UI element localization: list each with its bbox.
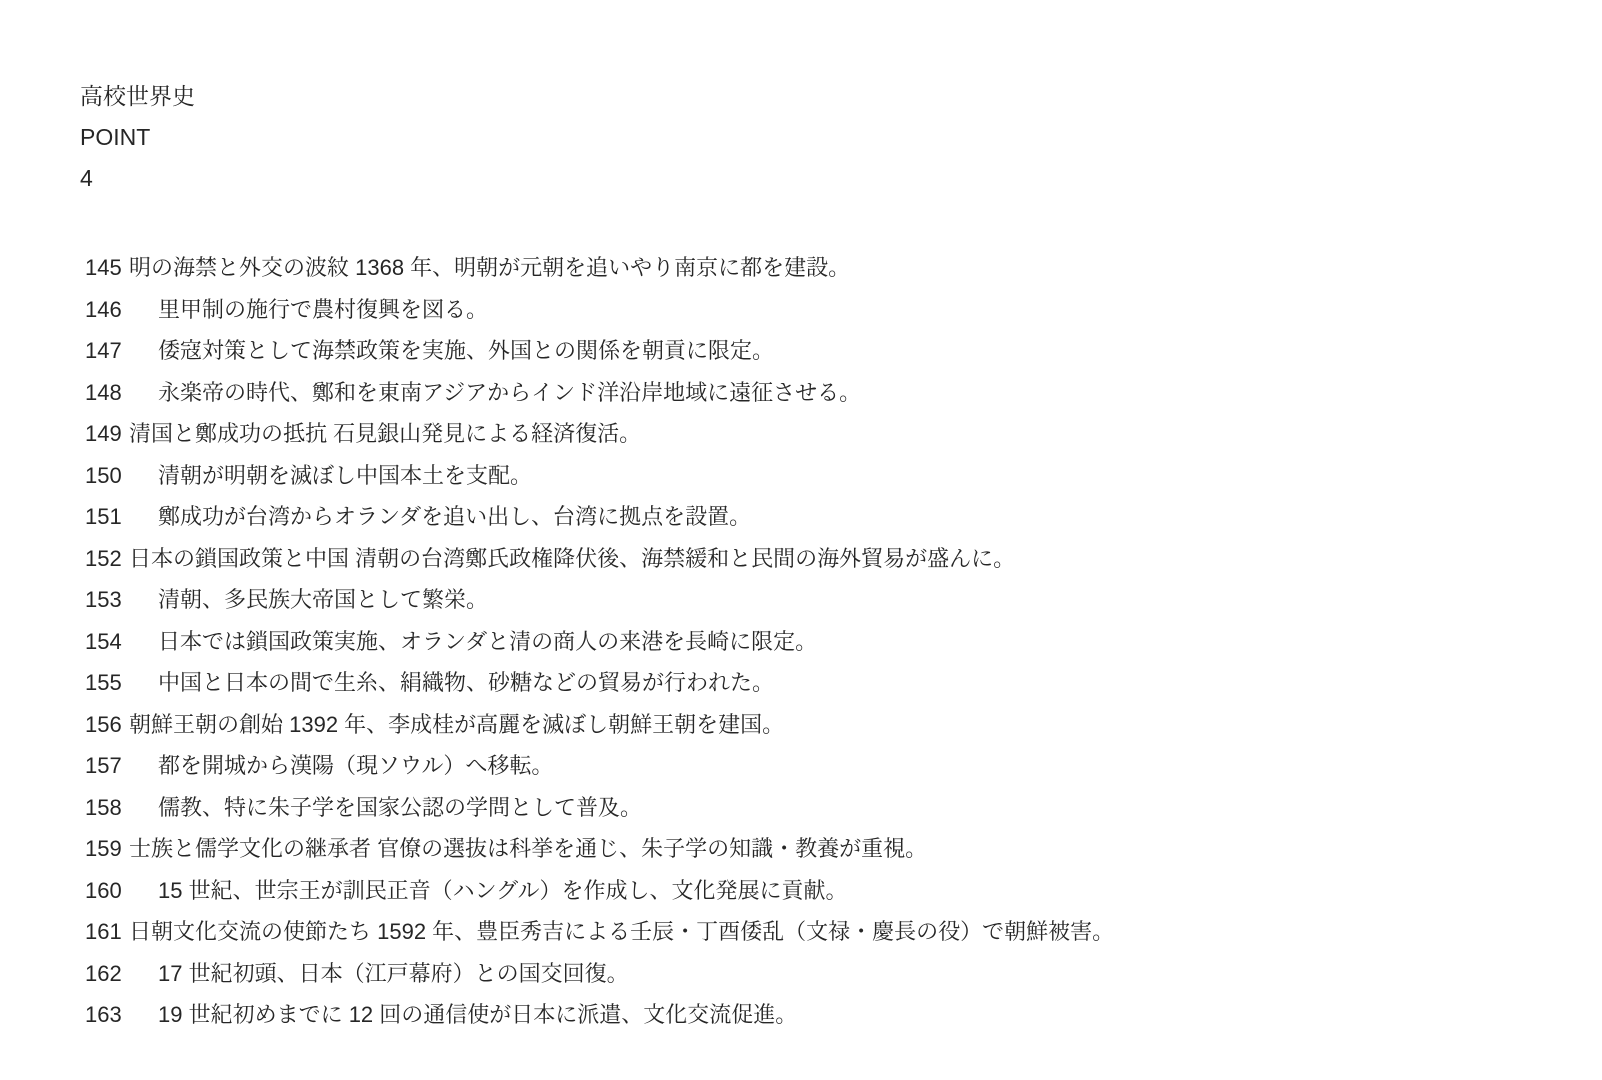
list-item: 151 鄭成功が台湾からオランダを追い出し、台湾に拠点を設置。 — [85, 496, 1114, 538]
item-number: 149 — [85, 413, 122, 455]
item-text: 17 世紀初頭、日本（江戸幕府）との国交回復。 — [158, 953, 629, 995]
item-number: 159 — [85, 828, 122, 870]
item-number: 152 — [85, 538, 122, 580]
item-number: 147 — [85, 330, 122, 372]
item-number: 160 — [85, 870, 122, 912]
item-text: 倭寇対策として海禁政策を実施、外国との関係を朝貢に限定。 — [158, 330, 774, 372]
item-number: 145 — [85, 247, 122, 289]
list-item: 153 清朝、多民族大帝国として繁栄。 — [85, 579, 1114, 621]
list-item: 162 17 世紀初頭、日本（江戸幕府）との国交回復。 — [85, 953, 1114, 995]
point-number: 4 — [80, 158, 195, 199]
list-item: 149 清国と鄭成功の抵抗 石見銀山発見による経済復活。 — [85, 413, 1114, 455]
item-text: 日本では鎖国政策実施、オランダと清の商人の来港を長崎に限定。 — [158, 621, 817, 663]
list-item: 150 清朝が明朝を滅ぼし中国本土を支配。 — [85, 455, 1114, 497]
item-number: 157 — [85, 745, 122, 787]
item-text: 鄭成功が台湾からオランダを追い出し、台湾に拠点を設置。 — [158, 496, 751, 538]
item-number: 162 — [85, 953, 122, 995]
document-header: 高校世界史 POINT 4 — [80, 76, 195, 199]
list-item: 155 中国と日本の間で生糸、絹織物、砂糖などの貿易が行われた。 — [85, 662, 1114, 704]
item-number: 153 — [85, 579, 122, 621]
document-page: 高校世界史 POINT 4 145 明の海禁と外交の波紋 1368 年、明朝が元… — [0, 0, 1602, 1080]
list-item: 160 15 世紀、世宗王が訓民正音（ハングル）を作成し、文化発展に貢献。 — [85, 870, 1114, 912]
point-label: POINT — [80, 117, 195, 158]
item-text: 清朝が明朝を滅ぼし中国本土を支配。 — [158, 455, 532, 497]
item-number: 156 — [85, 704, 122, 746]
item-number: 146 — [85, 289, 122, 331]
item-text: 19 世紀初めまでに 12 回の通信使が日本に派遣、文化交流促進。 — [158, 994, 797, 1036]
item-text: 中国と日本の間で生糸、絹織物、砂糖などの貿易が行われた。 — [158, 662, 774, 704]
item-number: 155 — [85, 662, 122, 704]
list-item: 145 明の海禁と外交の波紋 1368 年、明朝が元朝を追いやり南京に都を建設。 — [85, 247, 1114, 289]
item-number: 161 — [85, 911, 122, 953]
item-text: 日本の鎖国政策と中国 清朝の台湾鄭氏政権降伏後、海禁緩和と民間の海外貿易が盛んに… — [129, 538, 1015, 580]
item-number: 148 — [85, 372, 122, 414]
item-text: 清朝、多民族大帝国として繁栄。 — [158, 579, 488, 621]
item-number: 163 — [85, 994, 122, 1036]
item-text: 15 世紀、世宗王が訓民正音（ハングル）を作成し、文化発展に貢献。 — [158, 870, 848, 912]
list-item: 163 19 世紀初めまでに 12 回の通信使が日本に派遣、文化交流促進。 — [85, 994, 1114, 1036]
item-number: 150 — [85, 455, 122, 497]
item-text: 士族と儒学文化の継承者 官僚の選抜は科挙を通じ、朱子学の知識・教養が重視。 — [129, 828, 927, 870]
subject-title: 高校世界史 — [80, 76, 195, 117]
list-item: 154 日本では鎖国政策実施、オランダと清の商人の来港を長崎に限定。 — [85, 621, 1114, 663]
list-item: 147 倭寇対策として海禁政策を実施、外国との関係を朝貢に限定。 — [85, 330, 1114, 372]
list-item: 146 里甲制の施行で農村復興を図る。 — [85, 289, 1114, 331]
item-text: 永楽帝の時代、鄭和を東南アジアからインド洋沿岸地域に遠征させる。 — [158, 372, 861, 414]
item-text: 朝鮮王朝の創始 1392 年、李成桂が高麗を滅ぼし朝鮮王朝を建国。 — [129, 704, 784, 746]
list-item: 152 日本の鎖国政策と中国 清朝の台湾鄭氏政権降伏後、海禁緩和と民間の海外貿易… — [85, 538, 1114, 580]
item-text: 清国と鄭成功の抵抗 石見銀山発見による経済復活。 — [129, 413, 641, 455]
item-text: 明の海禁と外交の波紋 1368 年、明朝が元朝を追いやり南京に都を建設。 — [129, 247, 850, 289]
item-text: 儒教、特に朱子学を国家公認の学問として普及。 — [158, 787, 642, 829]
item-text: 日朝文化交流の使節たち 1592 年、豊臣秀吉による壬辰・丁酉倭乱（文禄・慶長の… — [129, 911, 1114, 953]
item-text: 里甲制の施行で農村復興を図る。 — [158, 289, 488, 331]
item-number: 158 — [85, 787, 122, 829]
list-item: 148 永楽帝の時代、鄭和を東南アジアからインド洋沿岸地域に遠征させる。 — [85, 372, 1114, 414]
item-number: 154 — [85, 621, 122, 663]
list-item: 161 日朝文化交流の使節たち 1592 年、豊臣秀吉による壬辰・丁酉倭乱（文禄… — [85, 911, 1114, 953]
list-item: 159 士族と儒学文化の継承者 官僚の選抜は科挙を通じ、朱子学の知識・教養が重視… — [85, 828, 1114, 870]
item-number: 151 — [85, 496, 122, 538]
list-item: 158 儒教、特に朱子学を国家公認の学問として普及。 — [85, 787, 1114, 829]
item-list: 145 明の海禁と外交の波紋 1368 年、明朝が元朝を追いやり南京に都を建設。… — [85, 247, 1114, 1036]
list-item: 157 都を開城から漢陽（現ソウル）へ移転。 — [85, 745, 1114, 787]
list-item: 156 朝鮮王朝の創始 1392 年、李成桂が高麗を滅ぼし朝鮮王朝を建国。 — [85, 704, 1114, 746]
item-text: 都を開城から漢陽（現ソウル）へ移転。 — [158, 745, 553, 787]
